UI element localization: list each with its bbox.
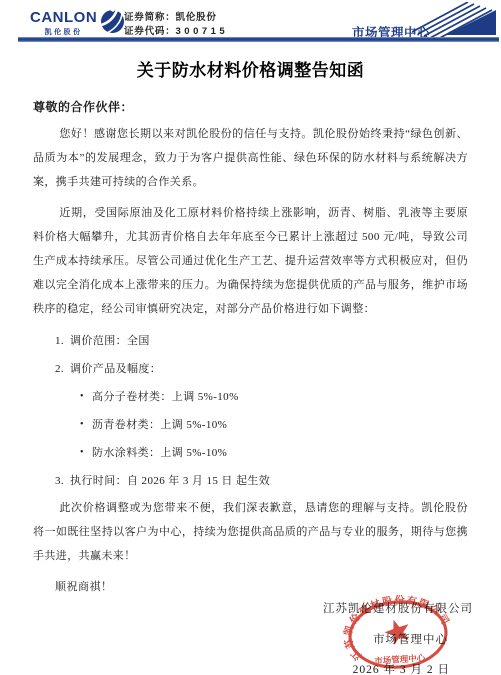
securities-name-value: 凯伦股份 xyxy=(176,12,217,23)
paragraph-reason: 近期，受国际原油及化工原材料价格持续上涨影响，沥青、树脂、乳液等主要原料价格大幅… xyxy=(33,201,468,321)
list-marker: 3. xyxy=(55,473,70,489)
canlon-logo: CANLON 凯伦股份 xyxy=(30,10,126,37)
paragraph-intro: 您好！感谢您长期以来对凯伦股份的信任与支持。凯伦股份始终秉持“绿色创新、品质为本… xyxy=(33,122,468,194)
securities-code-value: 300715 xyxy=(176,26,229,37)
securities-code-label: 证券代码： xyxy=(124,26,176,37)
diagonal-stripes-decoration xyxy=(412,2,498,37)
list-marker: 1. xyxy=(55,333,70,349)
list-item-text: 调价产品及幅度： xyxy=(70,363,161,375)
letter-body: 关于防水材料价格调整告知函 尊敬的合作伙伴： 您好！感谢您长期以来对凯伦股份的信… xyxy=(33,44,468,594)
company-seal-stamp: 江苏凯伦建材股份有限公司 市场管理中心 xyxy=(336,588,460,675)
list-marker: 2. xyxy=(55,361,70,377)
document-page: CANLON 凯伦股份 证券简称：凯伦股份 证券代码：300715 市场管理中心 xyxy=(0,0,501,675)
bullet-text: 沥青卷材类：上调 5%-10% xyxy=(92,419,227,431)
globe-swirl-icon xyxy=(99,8,126,35)
list-item-text: 调价范围：全国 xyxy=(70,335,150,347)
header-rule xyxy=(18,37,499,42)
brand-chinese-name: 凯伦股份 xyxy=(45,27,83,37)
letterhead: CANLON 凯伦股份 证券简称：凯伦股份 证券代码：300715 市场管理中心 xyxy=(0,0,501,44)
bullet-dot-icon: • xyxy=(80,445,92,461)
bullet-dot-icon: • xyxy=(80,389,92,405)
securities-name-label: 证券简称： xyxy=(124,12,176,23)
seal-star-icon xyxy=(382,616,414,647)
letter-title: 关于防水材料价格调整告知函 xyxy=(33,56,468,81)
list-item-scope: 1.调价范围：全国 xyxy=(55,333,468,349)
list-item-effective-date: 3.执行时间：自 2026 年 3 月 15 日 起生效 xyxy=(55,473,468,489)
bullet-item-polymer: •高分子卷材类：上调 5%-10% xyxy=(80,389,468,405)
paragraph-apology: 此次价格调整或为您带来不便，我们深表歉意，恳请您的理解与支持。凯伦股份将一如既往… xyxy=(33,496,468,568)
list-item-text: 执行时间：自 2026 年 3 月 15 日 起生效 xyxy=(70,475,270,487)
bullet-text: 高分子卷材类：上调 5%-10% xyxy=(92,391,239,403)
bullet-dot-icon: • xyxy=(80,417,92,433)
salutation: 尊敬的合作伙伴： xyxy=(33,98,468,115)
bullet-item-coating: •防水涂料类：上调 5%-10% xyxy=(80,445,468,461)
bullet-text: 防水涂料类：上调 5%-10% xyxy=(92,447,227,459)
list-item-products: 2.调价产品及幅度： xyxy=(55,361,468,377)
adjustment-list: 1.调价范围：全国 2.调价产品及幅度： •高分子卷材类：上调 5%-10% •… xyxy=(33,333,468,489)
bullet-item-bitumen: •沥青卷材类：上调 5%-10% xyxy=(80,417,468,433)
brand-wordmark: CANLON xyxy=(30,10,97,25)
